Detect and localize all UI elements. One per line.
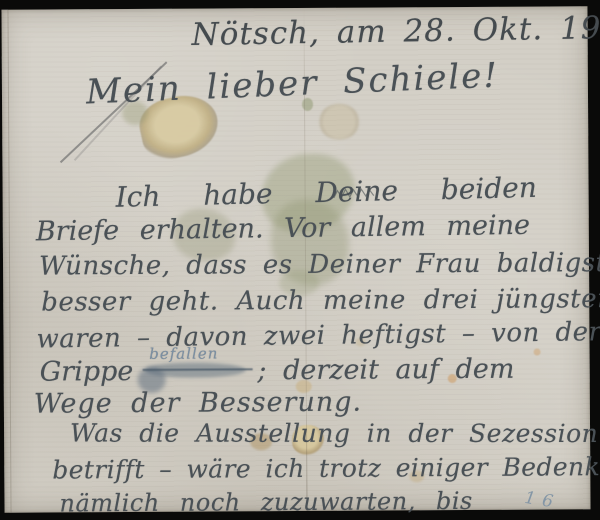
salutation: Mein lieber Schiele! <box>85 56 500 113</box>
body-line: Briefe erhalten. Vor allem meine <box>36 210 531 247</box>
letter-paper: Nötsch, am 28. Okt. 1918 Mein lieber Sch… <box>1 6 590 513</box>
body-line: Ich habe Deine beiden <box>115 171 537 214</box>
body-line: betrifft – wäre ich trotz einiger Bedenk… <box>52 452 600 485</box>
inserted-word-befallen: befallen <box>149 344 218 362</box>
line-suffix: ; derzeit auf dem <box>257 354 514 387</box>
dateline: Nötsch, am 28. Okt. 1918 <box>191 10 600 53</box>
body-line: Wünsche, dass es Deiner Frau baldigst <box>39 248 600 281</box>
body-line: nämlich noch zuzuwarten, bis <box>59 487 472 518</box>
grippe-word: Grippe <box>40 356 134 388</box>
body-line-with-correction: Grippe befallen ; derzeit auf dem <box>40 354 515 388</box>
left-crease-line <box>7 10 11 513</box>
body-line: besser geht. Auch meine drei jüngsten <box>41 284 600 318</box>
body-line: Was die Ausstellung in der Sezession <box>70 419 598 448</box>
correction-area: befallen <box>145 359 247 380</box>
page-number: 16 <box>523 488 561 513</box>
stain-faint-ring <box>318 104 360 140</box>
stain-dot-b <box>534 349 541 356</box>
body-line: Wege der Besserung. <box>34 387 362 420</box>
body-line: waren – davon zwei heftigst – von der <box>36 317 600 354</box>
letter-scan: Nötsch, am 28. Okt. 1918 Mein lieber Sch… <box>0 0 600 520</box>
scribble-mark <box>332 184 379 202</box>
